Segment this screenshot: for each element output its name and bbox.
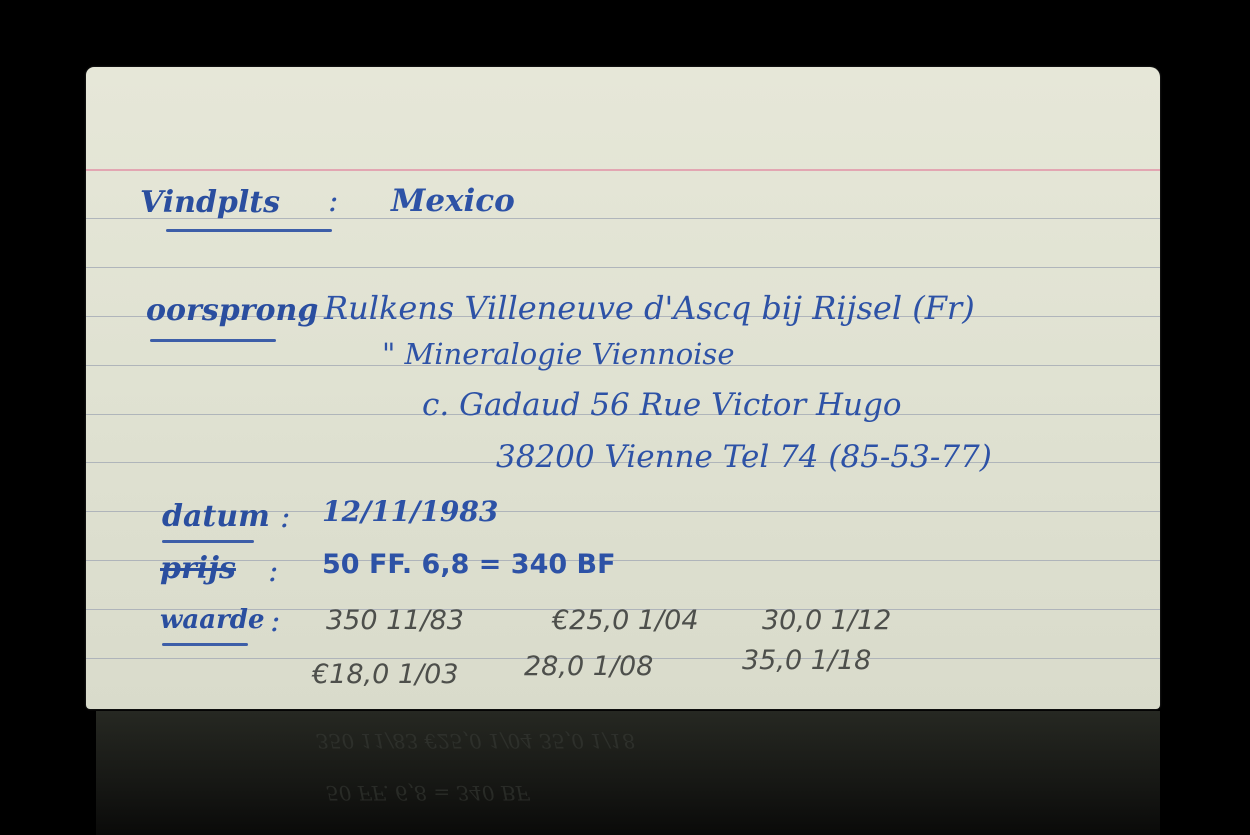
- index-card: Vindplts : Mexico oorsprong : Rulkens Vi…: [86, 67, 1160, 709]
- datum-label: datum: [162, 499, 270, 534]
- waarde-entry: €18,0 1/03: [312, 659, 459, 690]
- ruled-line: [86, 560, 1160, 561]
- waarde-entry: 30,0 1/12: [762, 605, 891, 636]
- oorsprong-line-1: Rulkens Villeneuve d'Ascq bij Rijsel (Fr…: [324, 289, 975, 327]
- red-margin-line: [86, 169, 1160, 171]
- vindplaats-label: Vindplts: [140, 185, 280, 220]
- oorsprong-separator: :: [298, 293, 308, 329]
- card-reflection: 50 FF. 6,8 = 340 BF 350 11/83 €25,0 1/04…: [96, 711, 1160, 835]
- vindplaats-separator: :: [328, 183, 338, 219]
- waarde-label: waarde: [160, 605, 265, 635]
- reflection-ghost-text: 350 11/83 €25,0 1/04 35,0 1/18: [316, 729, 635, 753]
- waarde-separator: :: [270, 603, 280, 639]
- ruled-line: [86, 267, 1160, 268]
- oorsprong-label: oorsprong: [146, 293, 318, 328]
- reflection-ghost-text: 50 FF. 6,8 = 340 BF: [326, 781, 530, 805]
- waarde-entry: 350 11/83: [326, 605, 464, 636]
- oorsprong-line-4: 38200 Vienne Tel 74 (85-53-77): [496, 439, 992, 475]
- datum-separator: :: [280, 499, 290, 535]
- datum-value: 12/11/1983: [322, 495, 498, 528]
- waarde-entry: 28,0 1/08: [524, 651, 653, 682]
- label-underline: [162, 643, 248, 646]
- oorsprong-line-2: " Mineralogie Viennoise: [382, 337, 734, 371]
- vindplaats-value: Mexico: [391, 183, 515, 219]
- prijs-separator: :: [268, 553, 278, 589]
- waarde-entry: 35,0 1/18: [742, 645, 871, 676]
- label-underline: [162, 540, 254, 543]
- label-underline: [150, 339, 276, 342]
- label-underline: [166, 229, 332, 232]
- prijs-label: prijs: [160, 551, 236, 586]
- waarde-entry: €25,0 1/04: [552, 605, 699, 636]
- oorsprong-line-3: c. Gadaud 56 Rue Victor Hugo: [422, 387, 902, 423]
- prijs-value: 50 FF. 6,8 = 340 BF: [322, 549, 616, 580]
